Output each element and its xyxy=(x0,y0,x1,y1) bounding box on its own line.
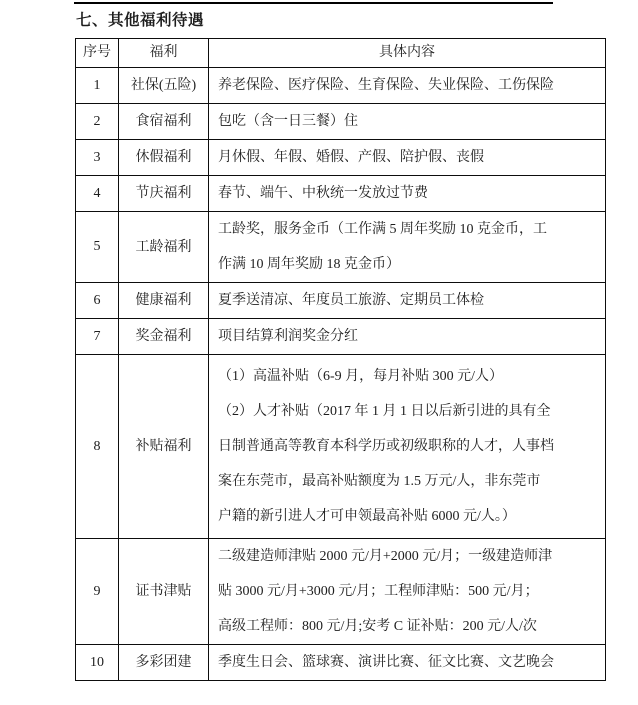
section-title: 七、其他福利待遇 xyxy=(76,8,204,30)
row-welfare: 社保(五险) xyxy=(119,68,209,104)
page-top-rule xyxy=(74,2,553,4)
row-content: 春节、端午、中秋统一发放过节费 xyxy=(209,176,606,212)
table-row-1: 1 社保(五险) 养老保险、医疗保险、生育保险、失业保险、工伤保险 xyxy=(76,68,606,104)
row-welfare: 奖金福利 xyxy=(119,319,209,355)
row-content: 工龄奖，服务金币（工作满 5 周年奖励 10 克金币，工 作满 10 周年奖励 … xyxy=(209,212,606,283)
row-content: 项目结算利润奖金分红 xyxy=(209,319,606,355)
row-num: 3 xyxy=(76,140,119,176)
row-num: 2 xyxy=(76,104,119,140)
document-page: 七、其他福利待遇 序号 福利 具体内容 1 社保(五险) 养老保险、医疗保险、生… xyxy=(0,0,638,705)
row-welfare: 食宿福利 xyxy=(119,104,209,140)
row-num: 1 xyxy=(76,68,119,104)
table-row-2: 2 食宿福利 包吃（含一日三餐）住 xyxy=(76,104,606,140)
row-num: 10 xyxy=(76,645,119,681)
row-content: 养老保险、医疗保险、生育保险、失业保险、工伤保险 xyxy=(209,68,606,104)
row-welfare: 健康福利 xyxy=(119,283,209,319)
row-welfare: 多彩团建 xyxy=(119,645,209,681)
row-content: 季度生日会、篮球赛、演讲比赛、征文比赛、文艺晚会 xyxy=(209,645,606,681)
table-row-4: 4 节庆福利 春节、端午、中秋统一发放过节费 xyxy=(76,176,606,212)
row-welfare: 补贴福利 xyxy=(119,355,209,539)
row-content: （1）高温补贴（6-9 月，每月补贴 300 元/人） （2）人才补贴（2017… xyxy=(209,355,606,539)
row-welfare: 工龄福利 xyxy=(119,212,209,283)
row-num: 6 xyxy=(76,283,119,319)
row-content: 夏季送清凉、年度员工旅游、定期员工体检 xyxy=(209,283,606,319)
row-content: 二级建造师津贴 2000 元/月+2000 元/月；一级建造师津 贴 3000 … xyxy=(209,539,606,645)
table-row-6: 6 健康福利 夏季送清凉、年度员工旅游、定期员工体检 xyxy=(76,283,606,319)
row-num: 7 xyxy=(76,319,119,355)
table-row-9: 9 证书津贴 二级建造师津贴 2000 元/月+2000 元/月；一级建造师津 … xyxy=(76,539,606,645)
row-num: 8 xyxy=(76,355,119,539)
row-num: 5 xyxy=(76,212,119,283)
row-num: 4 xyxy=(76,176,119,212)
table-row-7: 7 奖金福利 项目结算利润奖金分红 xyxy=(76,319,606,355)
row-num: 9 xyxy=(76,539,119,645)
row-welfare: 证书津贴 xyxy=(119,539,209,645)
header-content: 具体内容 xyxy=(209,39,606,68)
row-content: 包吃（含一日三餐）住 xyxy=(209,104,606,140)
row-content: 月休假、年假、婚假、产假、陪护假、丧假 xyxy=(209,140,606,176)
header-num: 序号 xyxy=(76,39,119,68)
row-welfare: 节庆福利 xyxy=(119,176,209,212)
header-welfare: 福利 xyxy=(119,39,209,68)
table-row-5: 5 工龄福利 工龄奖，服务金币（工作满 5 周年奖励 10 克金币，工 作满 1… xyxy=(76,212,606,283)
table-row-3: 3 休假福利 月休假、年假、婚假、产假、陪护假、丧假 xyxy=(76,140,606,176)
table-row-10: 10 多彩团建 季度生日会、篮球赛、演讲比赛、征文比赛、文艺晚会 xyxy=(76,645,606,681)
table-row-8: 8 补贴福利 （1）高温补贴（6-9 月，每月补贴 300 元/人） （2）人才… xyxy=(76,355,606,539)
table-header-row: 序号 福利 具体内容 xyxy=(76,39,606,68)
benefits-table: 序号 福利 具体内容 1 社保(五险) 养老保险、医疗保险、生育保险、失业保险、… xyxy=(75,38,606,681)
row-welfare: 休假福利 xyxy=(119,140,209,176)
